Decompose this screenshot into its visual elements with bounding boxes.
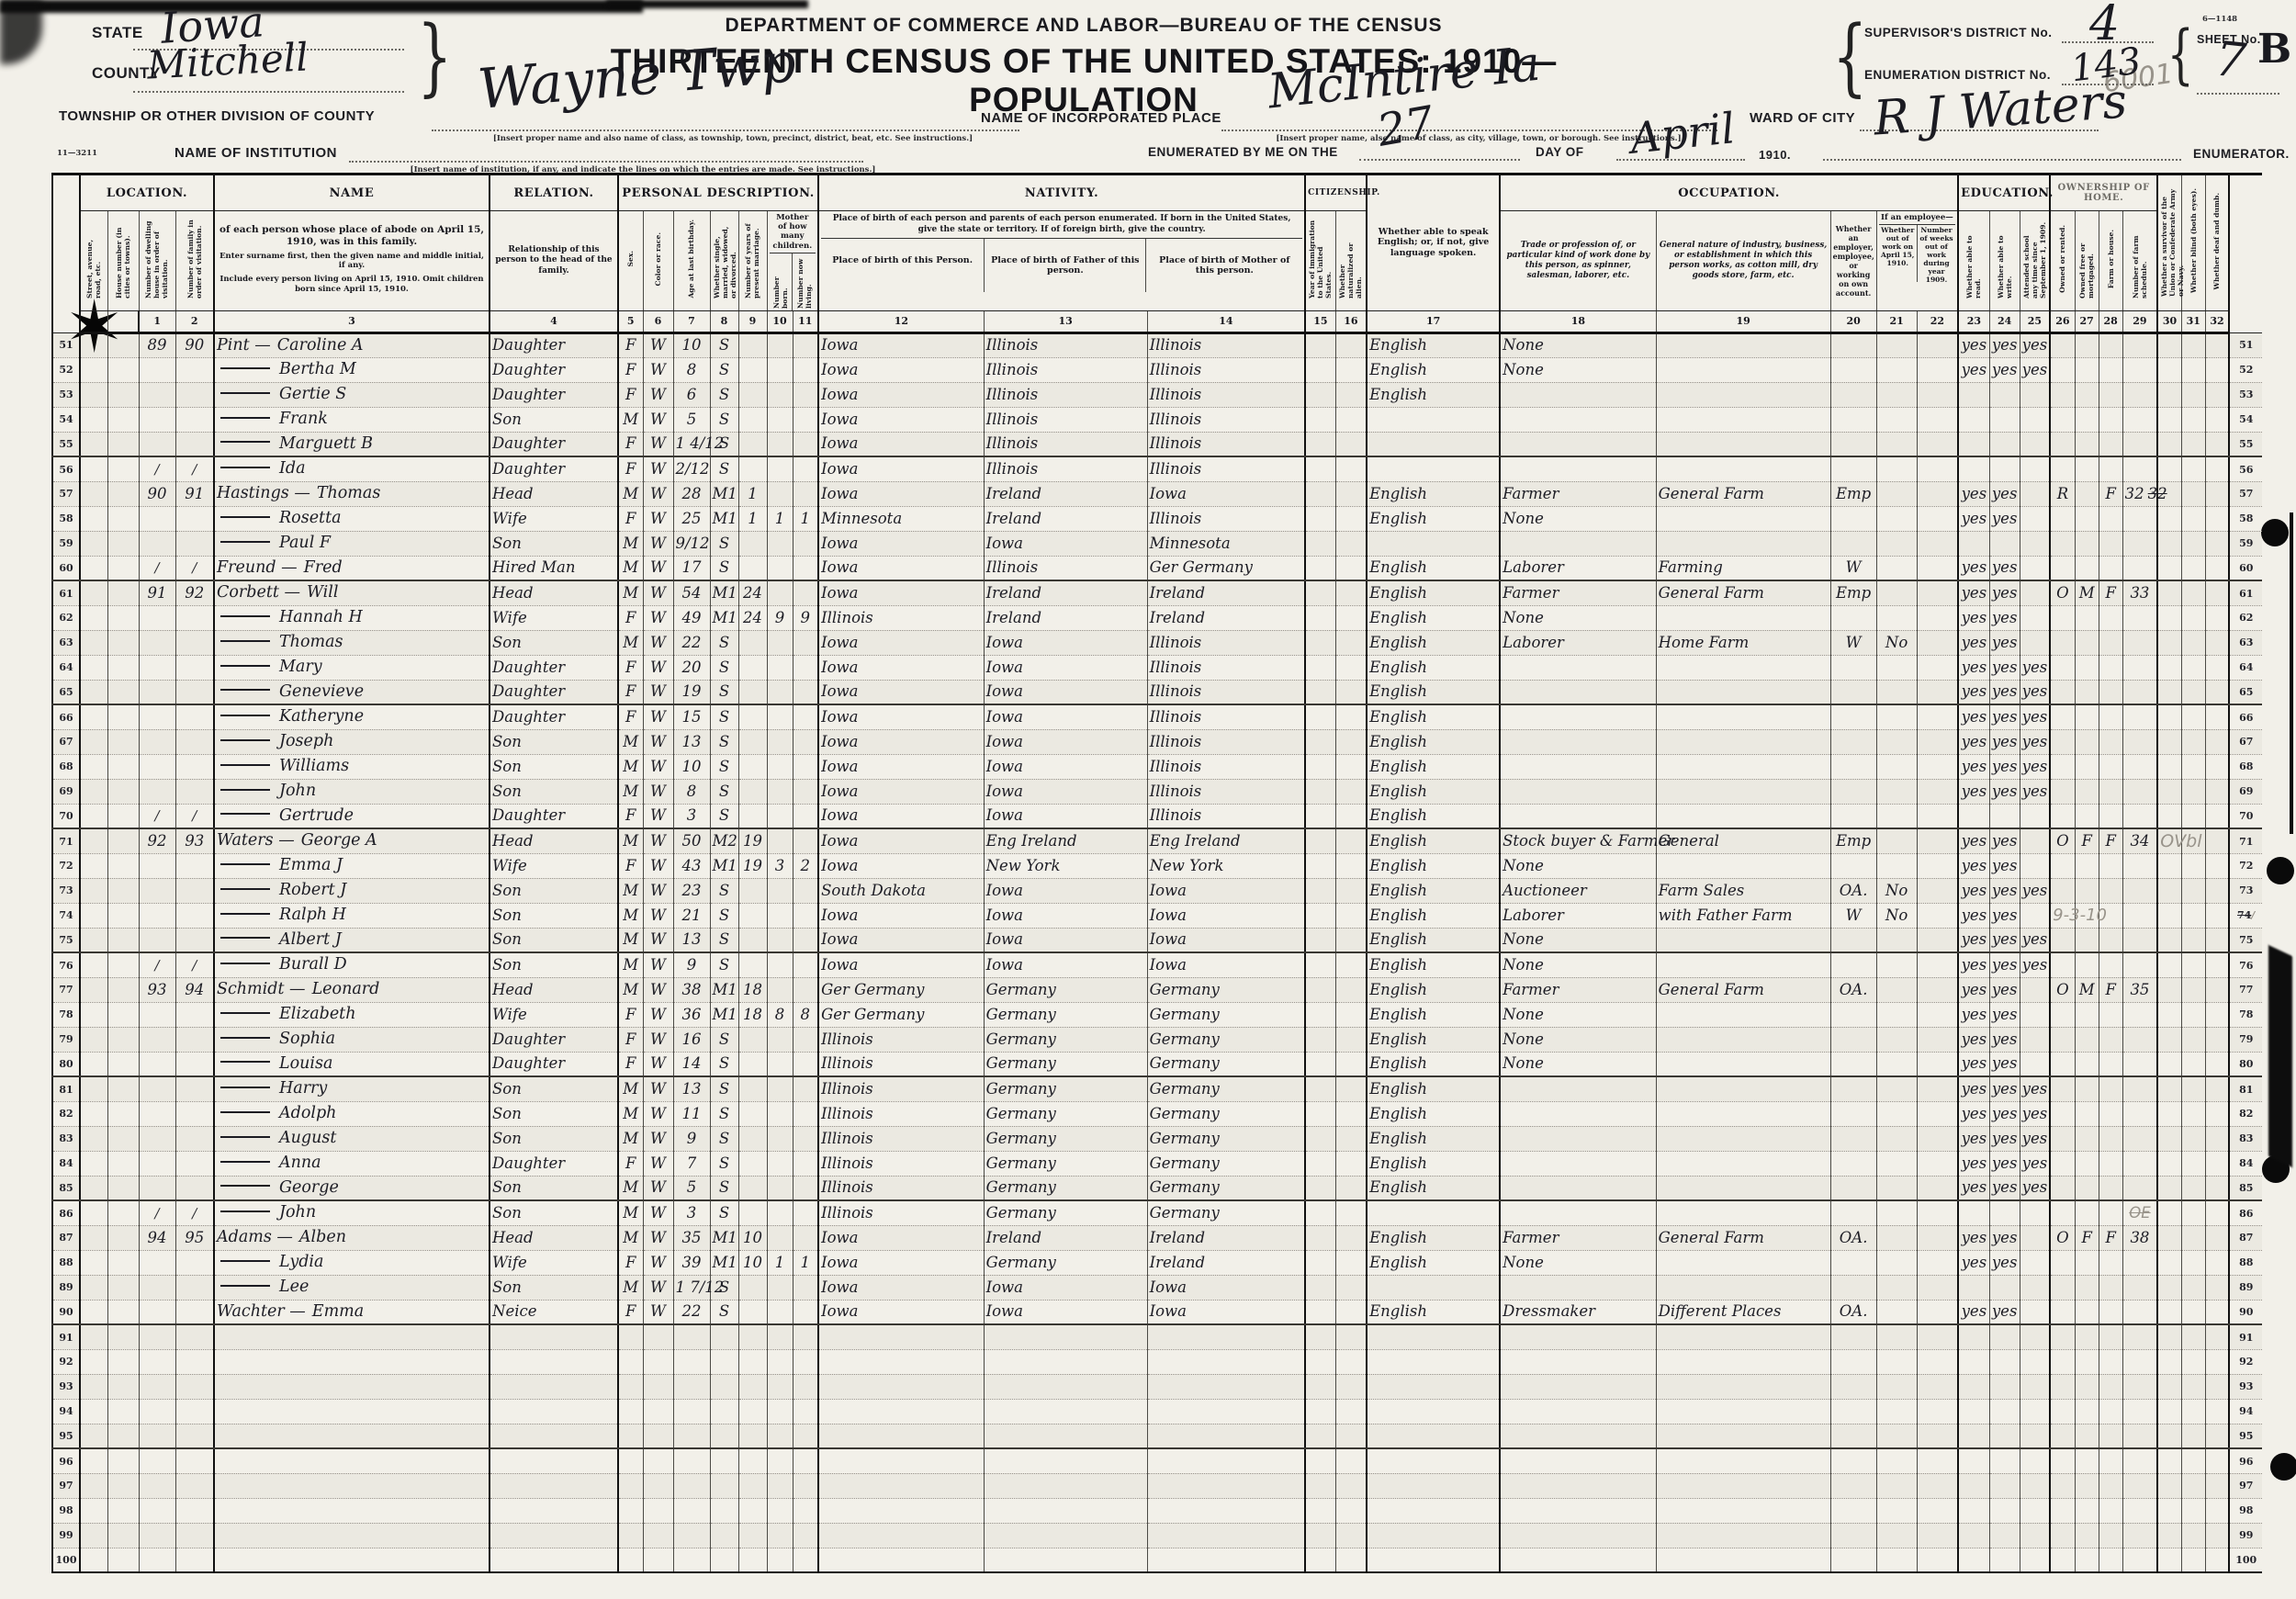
dwelling-number (139, 1399, 175, 1424)
color-race: W (643, 1151, 673, 1176)
line-number-right: 80 (2229, 1052, 2262, 1076)
able-to-write: yes (1989, 655, 2020, 680)
children-born (767, 903, 793, 928)
birthplace-person: Iowa (818, 952, 984, 977)
age: 1 7/12 (673, 1275, 710, 1300)
house-number (107, 1349, 139, 1374)
birthplace-person: Iowa (818, 1300, 984, 1324)
attended-school (2020, 456, 2050, 481)
weeks-out-of-work (1917, 481, 1958, 506)
naturalized-or-alien (1335, 1126, 1367, 1151)
farm-schedule-number (2122, 1523, 2157, 1548)
birthplace-father: Iowa (984, 1275, 1147, 1300)
color-race: W (643, 630, 673, 655)
children-living (793, 531, 818, 556)
line-number: 87 (52, 1225, 80, 1250)
person-name: Harry (214, 1076, 490, 1101)
able-to-read: yes (1958, 729, 1989, 754)
blind (2181, 556, 2205, 580)
trade-profession (1500, 432, 1656, 456)
able-to-read (1958, 1275, 1989, 1300)
dwelling-number (139, 1027, 175, 1052)
line-number-right: 88 (2229, 1250, 2262, 1275)
naturalized-or-alien (1335, 704, 1367, 729)
trade-profession: Farmer (1500, 1225, 1656, 1250)
speaks-english: English (1367, 1052, 1500, 1076)
weeks-out-of-work (1917, 1027, 1958, 1052)
farm-or-house (2099, 754, 2122, 779)
able-to-read: yes (1958, 1002, 1989, 1027)
color-race (643, 1498, 673, 1523)
dwelling-number (139, 1473, 175, 1498)
farm-or-house (2099, 704, 2122, 729)
immigration-year (1305, 1300, 1335, 1324)
able-to-read: yes (1958, 779, 1989, 804)
person-name: August (214, 1126, 490, 1151)
industry (1656, 1374, 1830, 1399)
house-number (107, 1052, 139, 1076)
birthplace-person: Iowa (818, 357, 984, 382)
free-or-mortgaged (2075, 1052, 2099, 1076)
free-or-mortgaged: F (2075, 1225, 2099, 1250)
age: 5 (673, 1176, 710, 1200)
immigration-year (1305, 878, 1335, 903)
out-of-work-column-header: Whether out of work on April 15, 1910. (1879, 225, 1917, 282)
children-born (767, 729, 793, 754)
sex (618, 1424, 643, 1448)
deaf-column-header: Whether deaf and dumb. (2205, 175, 2229, 311)
house-number (107, 1448, 139, 1473)
able-to-write: yes (1989, 1002, 2020, 1027)
weeks-out-of-work (1917, 1424, 1958, 1448)
attended-school (2020, 407, 2050, 432)
line-number-right: 64 (2229, 655, 2262, 680)
trade-profession (1500, 1176, 1656, 1200)
line-number-right: 70 (2229, 804, 2262, 828)
deaf-dumb (2205, 1300, 2229, 1324)
birthplace-father: Germany (984, 1027, 1147, 1052)
color-race: W (643, 828, 673, 853)
civil-war-veteran (2157, 1324, 2181, 1349)
family-number (175, 506, 214, 531)
color-race: W (643, 804, 673, 828)
line-number-column-header-right (2229, 175, 2262, 333)
industry (1656, 432, 1830, 456)
children-born (767, 1076, 793, 1101)
industry: with Father Farm (1656, 903, 1830, 928)
relation: Neice (490, 1300, 618, 1324)
owned-or-rented (2050, 531, 2075, 556)
naturalized-or-alien (1335, 952, 1367, 977)
relation: Head (490, 580, 618, 605)
relation: Daughter (490, 680, 618, 704)
naturalized-or-alien (1335, 1176, 1367, 1200)
birthplace-person: Iowa (818, 630, 984, 655)
blind (2181, 481, 2205, 506)
farm-schedule-number (2122, 1002, 2157, 1027)
sex: M (618, 1076, 643, 1101)
birthplace-mother: Illinois (1147, 382, 1305, 407)
street (80, 779, 107, 804)
house-number (107, 1200, 139, 1225)
immigration-year (1305, 382, 1335, 407)
scan-corner-smudge (0, 0, 42, 64)
trade-profession (1500, 1151, 1656, 1176)
birthplace-father: Germany (984, 1002, 1147, 1027)
person-name: Hastings —Thomas (214, 481, 490, 506)
age: 8 (673, 357, 710, 382)
sex: M (618, 556, 643, 580)
industry (1656, 1076, 1830, 1101)
color-race (643, 1548, 673, 1572)
free-or-mortgaged (2075, 1548, 2099, 1572)
street (80, 1200, 107, 1225)
speaks-english: English (1367, 680, 1500, 704)
age (673, 1498, 710, 1523)
children-born (767, 1498, 793, 1523)
blind (2181, 1151, 2205, 1176)
age: 13 (673, 729, 710, 754)
relation: Son (490, 903, 618, 928)
blind (2181, 456, 2205, 481)
able-to-write: yes (1989, 357, 2020, 382)
deaf-dumb (2205, 556, 2229, 580)
children-born (767, 580, 793, 605)
dwelling-number (139, 754, 175, 779)
family-number (175, 1324, 214, 1349)
person-name (214, 1548, 490, 1572)
birthplace-father: Iowa (984, 704, 1147, 729)
age: 3 (673, 1200, 710, 1225)
marital-status (710, 1523, 738, 1548)
age: 6 (673, 382, 710, 407)
farm-or-house (2099, 1275, 2122, 1300)
farm-schedule-number (2122, 754, 2157, 779)
relation: Wife (490, 1002, 618, 1027)
line-number: 61 (52, 580, 80, 605)
years-present-marriage (738, 1200, 767, 1225)
street (80, 1052, 107, 1076)
deaf-dumb (2205, 1052, 2229, 1076)
relation (490, 1399, 618, 1424)
deaf-dumb (2205, 1374, 2229, 1399)
years-present-marriage (738, 382, 767, 407)
line-number-right: 57 (2229, 481, 2262, 506)
house-number (107, 754, 139, 779)
dwelling-number (139, 779, 175, 804)
children-born (767, 754, 793, 779)
speaks-english: English (1367, 556, 1500, 580)
enumerated-month: April (1627, 103, 1737, 163)
attended-school (2020, 1300, 2050, 1324)
person-name: Freund —Fred (214, 556, 490, 580)
naturalized-or-alien (1335, 903, 1367, 928)
blind (2181, 952, 2205, 977)
person-name: Rosetta (214, 506, 490, 531)
birthplace-person (818, 1523, 984, 1548)
marital-status: S (710, 1176, 738, 1200)
out-of-work (1876, 1052, 1917, 1076)
years-present-marriage (738, 804, 767, 828)
line-number: 78 (52, 1002, 80, 1027)
line-number-right: 66 (2229, 704, 2262, 729)
naturalized-or-alien (1335, 1448, 1367, 1473)
marital-status (710, 1498, 738, 1523)
immigration-year (1305, 704, 1335, 729)
farm-house-column-header: Farm or house. (2099, 211, 2122, 311)
children-born (767, 1349, 793, 1374)
employer-class (1830, 1548, 1876, 1572)
free-or-mortgaged (2075, 1027, 2099, 1052)
immigration-year (1305, 332, 1335, 357)
hole-punch (2270, 1453, 2296, 1481)
immigration-year (1305, 729, 1335, 754)
person-name: Adolph (214, 1101, 490, 1126)
free-or-mortgaged (2075, 1126, 2099, 1151)
attended-school (2020, 1349, 2050, 1374)
street (80, 952, 107, 977)
house-number (107, 332, 139, 357)
relation (490, 1498, 618, 1523)
dwelling-number (139, 680, 175, 704)
able-to-write (1989, 1424, 2020, 1448)
trade-profession (1500, 804, 1656, 828)
industry (1656, 1126, 1830, 1151)
census-row: 90Wachter —EmmaNeiceFW22SIowaIowaIowaEng… (52, 1300, 2262, 1324)
family-number (175, 779, 214, 804)
line-number: 52 (52, 357, 80, 382)
farm-or-house (2099, 779, 2122, 804)
birthplace-person (818, 1548, 984, 1572)
industry (1656, 1200, 1830, 1225)
street (80, 1126, 107, 1151)
employer-class (1830, 779, 1876, 804)
house-number (107, 605, 139, 630)
speaks-english (1367, 1548, 1500, 1572)
children-born (767, 655, 793, 680)
column-number: 5 (618, 310, 643, 332)
industry: Home Farm (1656, 630, 1830, 655)
age (673, 1473, 710, 1498)
birthplace-father (984, 1374, 1147, 1399)
deaf-dumb (2205, 332, 2229, 357)
blind (2181, 1349, 2205, 1374)
children-living (793, 357, 818, 382)
owned-or-rented (2050, 1176, 2075, 1200)
naturalized-or-alien (1335, 1250, 1367, 1275)
relation: Daughter (490, 704, 618, 729)
hole-punch (2261, 519, 2289, 546)
trade-profession: None (1500, 952, 1656, 977)
immigration-year-column-header: Year of immigration to the United States… (1305, 211, 1335, 311)
birthplace-mother: Eng Ireland (1147, 828, 1305, 853)
children-born (767, 1275, 793, 1300)
immigration-year (1305, 432, 1335, 456)
naturalized-or-alien (1335, 456, 1367, 481)
farm-or-house (2099, 556, 2122, 580)
scan-streak (2268, 945, 2292, 1167)
owned-or-rented (2050, 1275, 2075, 1300)
attended-school (2020, 1498, 2050, 1523)
able-to-write (1989, 531, 2020, 556)
street (80, 977, 107, 1002)
free-or-mortgaged (2075, 1374, 2099, 1399)
able-to-read: yes (1958, 605, 1989, 630)
deaf-dumb (2205, 754, 2229, 779)
civil-war-veteran (2157, 704, 2181, 729)
house-number (107, 928, 139, 952)
attended-school (2020, 1424, 2050, 1448)
enumeration-district-label: ENUMERATION DISTRICT No. (1864, 68, 2051, 82)
birthplace-mother (1147, 1349, 1305, 1374)
birthplace-father: Illinois (984, 556, 1147, 580)
speaks-english: English (1367, 481, 1500, 506)
attended-school: yes (2020, 655, 2050, 680)
marital-status: S (710, 1101, 738, 1126)
birthplace-mother: Ireland (1147, 605, 1305, 630)
relation: Son (490, 1101, 618, 1126)
color-race-column-header: Color or race. (643, 211, 673, 311)
house-number (107, 357, 139, 382)
children-born (767, 1473, 793, 1498)
color-race: W (643, 332, 673, 357)
owned-or-rented (2050, 1151, 2075, 1176)
family-number (175, 382, 214, 407)
blind (2181, 1324, 2205, 1349)
speaks-english (1367, 1349, 1500, 1374)
family-number (175, 1523, 214, 1548)
out-of-work (1876, 804, 1917, 828)
years-present-marriage (738, 1027, 767, 1052)
children-born (767, 332, 793, 357)
farm-schedule-column-header: Number of farm schedule. (2122, 211, 2157, 311)
birthplace-person: Iowa (818, 754, 984, 779)
birthplace-person (818, 1448, 984, 1473)
attended-school-column-header: Attended school any time since September… (2020, 211, 2050, 311)
attended-school (2020, 506, 2050, 531)
table-body: 518990Pint —Caroline ADaughterFW10SIowaI… (52, 332, 2262, 1572)
attended-school (2020, 605, 2050, 630)
attended-school (2020, 1052, 2050, 1076)
able-to-read: yes (1958, 481, 1989, 506)
color-race (643, 1374, 673, 1399)
civil-war-veteran (2157, 977, 2181, 1002)
children-born (767, 1200, 793, 1225)
birthplace-person: Iowa (818, 1275, 984, 1300)
weeks-out-of-work (1917, 1275, 1958, 1300)
civil-war-veteran (2157, 382, 2181, 407)
birthplace-mother (1147, 1548, 1305, 1572)
birthplace-person: Illinois (818, 1076, 984, 1101)
out-of-work (1876, 1324, 1917, 1349)
enumeration-line (2062, 83, 2154, 85)
children-living (793, 1076, 818, 1101)
family-number (175, 432, 214, 456)
dwelling-number (139, 903, 175, 928)
trade-profession: Dressmaker (1500, 1300, 1656, 1324)
color-race: W (643, 1275, 673, 1300)
civil-war-veteran (2157, 357, 2181, 382)
able-to-read: yes (1958, 754, 1989, 779)
department-line: DEPARTMENT OF COMMERCE AND LABOR—BUREAU … (569, 15, 1598, 37)
street (80, 332, 107, 357)
speaks-english: English (1367, 952, 1500, 977)
children-born (767, 556, 793, 580)
birthplace-mother (1147, 1399, 1305, 1424)
free-or-mortgaged (2075, 928, 2099, 952)
weeks-out-of-work (1917, 1250, 1958, 1275)
years-present-marriage: 19 (738, 853, 767, 878)
dwelling-number (139, 1052, 175, 1076)
out-of-work (1876, 531, 1917, 556)
able-to-write: yes (1989, 729, 2020, 754)
column-number: 29 (2122, 310, 2157, 332)
color-race: W (643, 1076, 673, 1101)
deaf-dumb (2205, 407, 2229, 432)
children-living (793, 1324, 818, 1349)
employer-class: OA. (1830, 878, 1876, 903)
birthplace-person: Iowa (818, 1225, 984, 1250)
family-number: 93 (175, 828, 214, 853)
industry (1656, 357, 1830, 382)
weeks-out-of-work (1917, 779, 1958, 804)
out-of-work (1876, 779, 1917, 804)
farm-or-house (2099, 1076, 2122, 1101)
family-number (175, 1498, 214, 1523)
color-race: W (643, 680, 673, 704)
able-to-read: yes (1958, 704, 1989, 729)
farm-or-house (2099, 804, 2122, 828)
age: 9 (673, 1126, 710, 1151)
census-row: 69JohnSonMW8SIowaIowaIllinoisEnglishyesy… (52, 779, 2262, 804)
industry (1656, 1498, 1830, 1523)
out-of-work (1876, 556, 1917, 580)
children-living (793, 1225, 818, 1250)
birthplace-mother: Iowa (1147, 952, 1305, 977)
out-of-work (1876, 853, 1917, 878)
census-row: 62Hannah HWifeFW49M12499IllinoisIrelandI… (52, 605, 2262, 630)
attended-school (2020, 432, 2050, 456)
state-label: STATE (92, 24, 143, 42)
industry (1656, 1027, 1830, 1052)
scan-streak (2290, 512, 2293, 834)
street (80, 1002, 107, 1027)
line-number: 68 (52, 754, 80, 779)
blind (2181, 853, 2205, 878)
owned-or-rented (2050, 1052, 2075, 1076)
birthplace-person: Iowa (818, 531, 984, 556)
able-to-write (1989, 1275, 2020, 1300)
family-number (175, 1250, 214, 1275)
column-number: 30 (2157, 310, 2181, 332)
marital-status: S (710, 456, 738, 481)
immigration-year (1305, 1126, 1335, 1151)
naturalized-or-alien (1335, 481, 1367, 506)
blind (2181, 605, 2205, 630)
farm-schedule-number (2122, 531, 2157, 556)
free-or-mortgaged (2075, 655, 2099, 680)
years-present-marriage (738, 1126, 767, 1151)
family-number (175, 704, 214, 729)
farm-or-house (2099, 1027, 2122, 1052)
naturalized-or-alien (1335, 729, 1367, 754)
line-number-right: 51 (2229, 332, 2262, 357)
blind (2181, 804, 2205, 828)
deaf-dumb (2205, 1250, 2229, 1275)
blind (2181, 1052, 2205, 1076)
children-living (793, 928, 818, 952)
trade-profession (1500, 1498, 1656, 1523)
